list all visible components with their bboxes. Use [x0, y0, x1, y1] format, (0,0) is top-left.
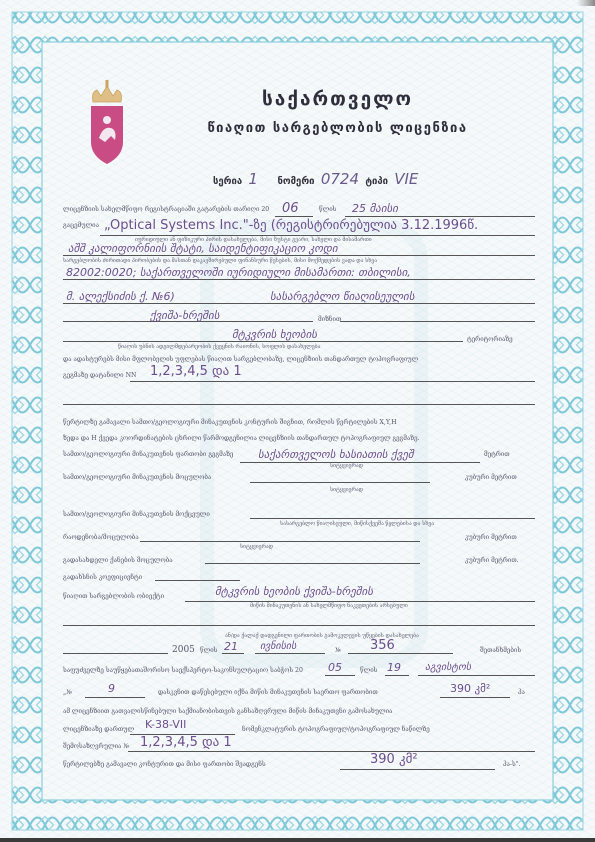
decision-no-value: 356 — [370, 638, 395, 653]
field-quantity-suffix: კუბური მეტრით — [465, 534, 517, 541]
commission-no-value: 9 — [108, 682, 115, 695]
field-quantity-label: რაოდენობა/მოცულობა — [63, 534, 139, 541]
field-quantity-hint: სიტყვიერად — [240, 544, 273, 550]
purpose-suffix: მიზნით — [318, 316, 341, 323]
license-page: საქართველო წიაღით სარგებლობის ლიცენზია ს… — [0, 0, 595, 842]
commission-day: 19 — [387, 661, 401, 674]
field-volume-suffix: კუბური მეტრით — [465, 474, 517, 481]
coordinates-text-1: წერტილზე გამავალი სამთო/გეოლოგიური მინაკ… — [63, 419, 397, 426]
decision-no-label: № — [335, 647, 341, 654]
decision-year-suffix: წლის — [200, 647, 217, 654]
registration-date: 25 მაისი — [352, 202, 398, 215]
map-points-value: 1,2,3,4,5 და 1 — [140, 735, 232, 750]
field-overburden-suffix: კუბური მეტრით. — [465, 557, 519, 564]
field-overburden-label: გადასახდელი ქანების მოცულობა — [63, 557, 173, 564]
decision-suffix: შეთანხმების — [480, 647, 521, 654]
scan-artifact — [0, 838, 595, 842]
commission-year-suffix: წლის — [360, 667, 377, 674]
type-value: VIE — [394, 170, 418, 188]
issued-to-legal-address: 82002:0020; საქართველოში იურიდიული მისამ… — [66, 266, 411, 279]
coordinates-text-2: ზედა და H ქვედა კოორდინატების ცხრილი წარ… — [63, 435, 420, 442]
territory-value: მტკვრის ხეობის — [232, 328, 317, 341]
type-label: ტიპი — [365, 176, 388, 187]
serial-number-row: სერია 1 ნომერი 0724 ტიპი VIE — [213, 170, 421, 188]
commission-month: აგვისტოს — [425, 662, 471, 673]
field-object-hint: მიწის მინაკუთვნის ან სახელმწიფო ნაკვეთებ… — [250, 603, 408, 609]
serial-value: 1 — [248, 170, 258, 188]
issued-to-label: გაცემულია — [63, 222, 99, 229]
plan-text: და ადასტურებს მისი მფლობელის უფლებას წია… — [63, 356, 418, 363]
map-label-4: წერტილებზე გამავალი კონტურით და მისი ფარ… — [63, 761, 266, 768]
commission-area-value: 390 კმ² — [450, 682, 490, 695]
map-sheet-value: K-38-VII — [145, 718, 186, 731]
commission-text: დასკვნით დაწესებული იქნა მიწის მინაკუთვნ… — [158, 689, 378, 696]
country-title: საქართველო — [0, 88, 595, 110]
map-area-value: 390 კმ² — [370, 752, 418, 767]
decision-day: 21 — [224, 640, 238, 653]
plan-points-value: 1,2,3,4,5 და 1 — [150, 364, 242, 379]
field-area-suffix: მეტრით — [484, 451, 510, 458]
field-volume-label: სამთო/გეოლოგიური მინაკუთვნის მოცულობა — [63, 474, 211, 481]
scan-artifact — [577, 0, 595, 6]
commission-area-suffix: ჰა — [518, 689, 525, 696]
field-area-hint: სიტყვიერად — [330, 463, 363, 469]
map-label-2: ლიცენზიაზე დართულ — [63, 726, 134, 733]
registration-year: 06 — [282, 201, 299, 216]
decision-year: 2005 — [172, 645, 195, 655]
commission-year: 05 — [328, 661, 342, 674]
plan-label: გეგმაზე დატანილი NN — [63, 372, 136, 379]
field-coefficient-label: გადახსნის კოეფიციენტი — [63, 574, 142, 581]
map-suffix-2: ნომენკლატურის ტოპოგრაფიულ/ტოპოგრაფიულ ნა… — [242, 726, 430, 733]
field-area-label: სამთო/გეოლოგიური მინაკუთვნის ფართობი გეგ… — [63, 451, 233, 458]
field-contained-label: სამთო/გეოლოგიური მინაკუთვნის მოქცეული — [63, 511, 210, 518]
registration-year-suffix: წლის — [319, 206, 336, 213]
decision-month: ივნისის — [260, 641, 296, 652]
territory-suffix: ტერიტორიაზე — [467, 336, 513, 343]
field-area-value: საქართველოს ხასიათის ქვეშ — [258, 448, 414, 461]
field-object-label: წიაღით სარგებლობის ობიექტი — [63, 593, 164, 600]
field-object-value: მტკვრის ხეობის ქვიშა-ხრეშის — [215, 585, 373, 598]
mineral-type: სასარგებლო წიაღისეულის — [270, 290, 415, 303]
serial-label: სერია — [213, 176, 242, 187]
document-title: წიაღით სარგებლობის ლიცენზია — [0, 121, 595, 136]
map-label-3: შემოსაზღვრულია № — [63, 743, 129, 750]
field-volume-hint: სიტყვიერად — [330, 487, 363, 493]
number-value: 0724 — [321, 170, 359, 188]
issued-to-company: „Optical Systems Inc."-ზე (რეგისტრირებულ… — [104, 218, 478, 233]
issued-to-address: აშშ კალიფორნიის შტატი, საიდენტიფიკაციო კ… — [68, 242, 338, 255]
territory-hint: წიაღის უბნის ადგილმდებარეობის ქვეყნის რა… — [118, 344, 320, 350]
field-contained-hint: სასარგებლო წიაღისეული, მიწისქვეშა წყლები… — [280, 521, 434, 527]
commission-label: საფუძველზე საუწყებათაშორისო საექსპერტო-ს… — [63, 667, 303, 674]
registration-label: ლიცენზიის სახელმწიფო რეგისტრაციაში გატარ… — [63, 206, 269, 213]
map-suffix-4: ჰა-ს". — [503, 761, 521, 768]
map-text-1: ამ ლიცენზიით გათვალისწინებული საქმიანობი… — [63, 708, 392, 715]
number-label: ნომერი — [278, 176, 315, 187]
purpose-value: ქვიშა-ხრეშის — [150, 309, 219, 322]
commission-no-label: „№ — [63, 689, 72, 696]
issued-to-street: მ. ალექსიძის ქ. №6) — [66, 290, 175, 303]
conditions-hint: სარგებლობის ძირითადი პირობების და მასთან… — [63, 258, 377, 264]
